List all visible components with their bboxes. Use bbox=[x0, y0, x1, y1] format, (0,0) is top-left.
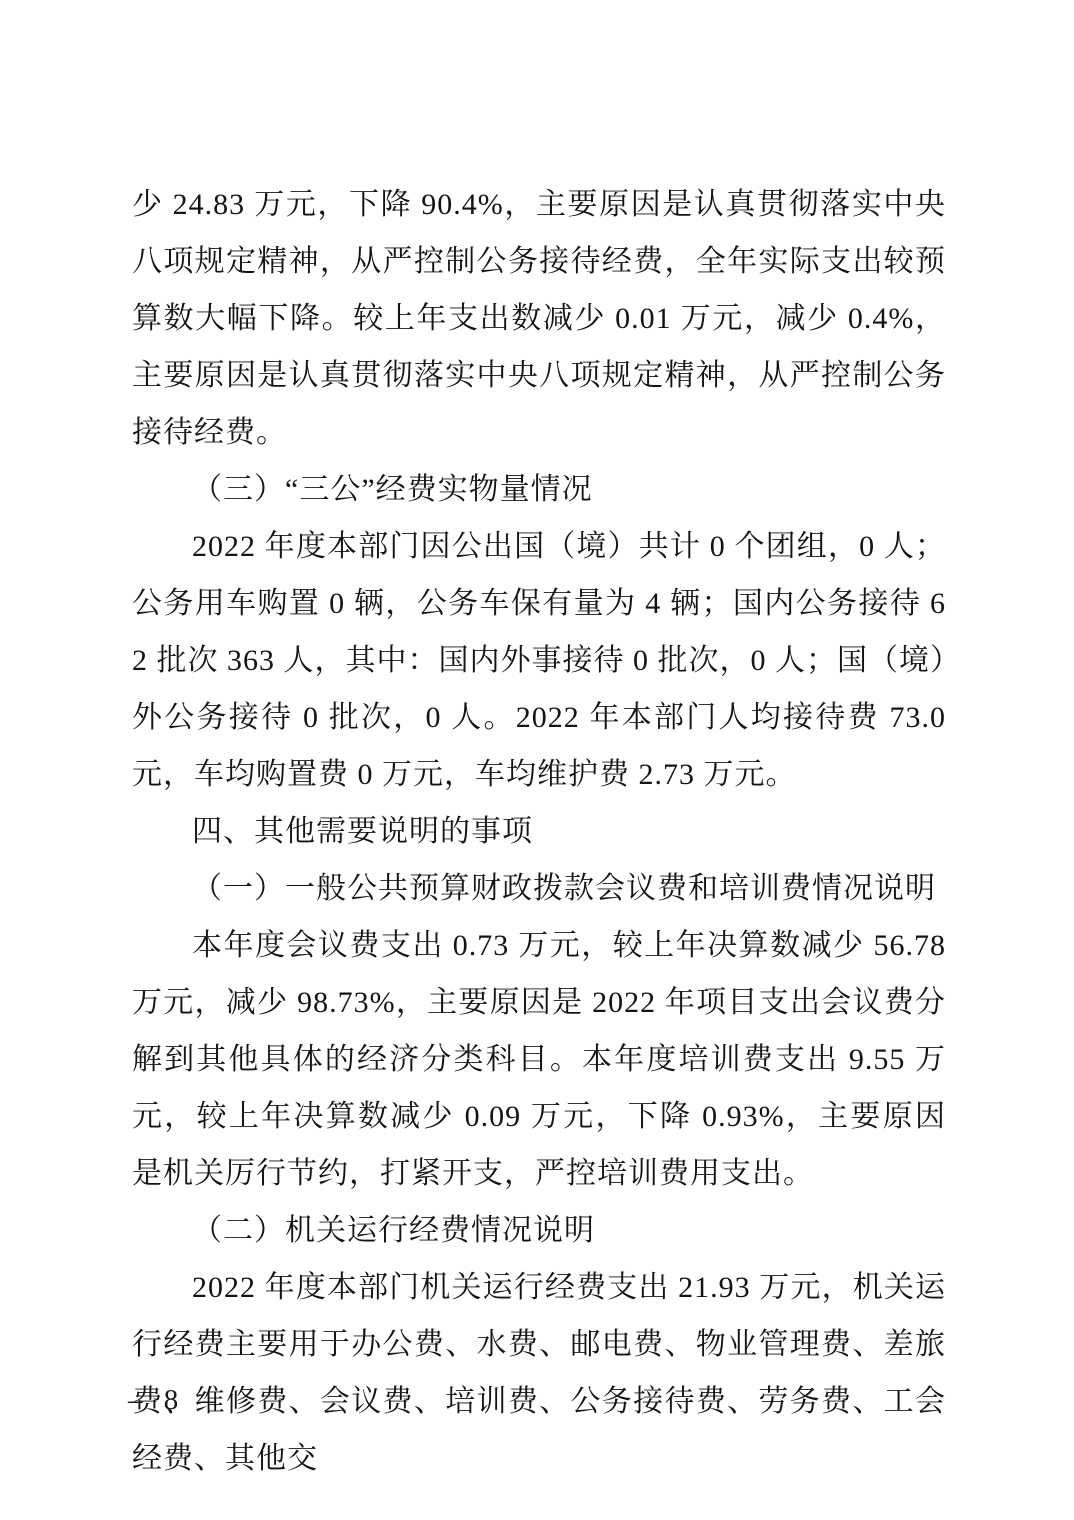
heading-section-three-physical-quantity: （三）“三公”经费实物量情况 bbox=[132, 461, 946, 518]
page-number: – 8 – bbox=[128, 1384, 221, 1416]
paragraph-physical-quantity-details: 2022 年度本部门因公出国（境）共计 0 个团组，0 人；公务用车购置 0 辆… bbox=[132, 518, 946, 803]
heading-subsection-one-meeting-training-fees: （一）一般公共预算财政拨款会议费和培训费情况说明 bbox=[132, 860, 946, 917]
document-page: 少 24.83 万元，下降 90.4%，主要原因是认真贯彻落实中央八项规定精神，… bbox=[0, 0, 1074, 1520]
document-body: 少 24.83 万元，下降 90.4%，主要原因是认真贯彻落实中央八项规定精神，… bbox=[132, 176, 946, 1487]
heading-subsection-two-operating-expenses: （二）机关运行经费情况说明 bbox=[132, 1202, 946, 1259]
paragraph-operating-expense-details: 2022 年度本部门机关运行经费支出 21.93 万元，机关运行经费主要用于办公… bbox=[132, 1259, 946, 1487]
heading-part-four-other-matters: 四、其他需要说明的事项 bbox=[132, 803, 946, 860]
page-footer: – 8 – bbox=[128, 1382, 221, 1418]
paragraph-meeting-training-fee-details: 本年度会议费支出 0.73 万元，较上年决算数减少 56.78 万元，减少 98… bbox=[132, 917, 946, 1202]
paragraph-carryover-hospitality-expense: 少 24.83 万元，下降 90.4%，主要原因是认真贯彻落实中央八项规定精神，… bbox=[132, 176, 946, 461]
